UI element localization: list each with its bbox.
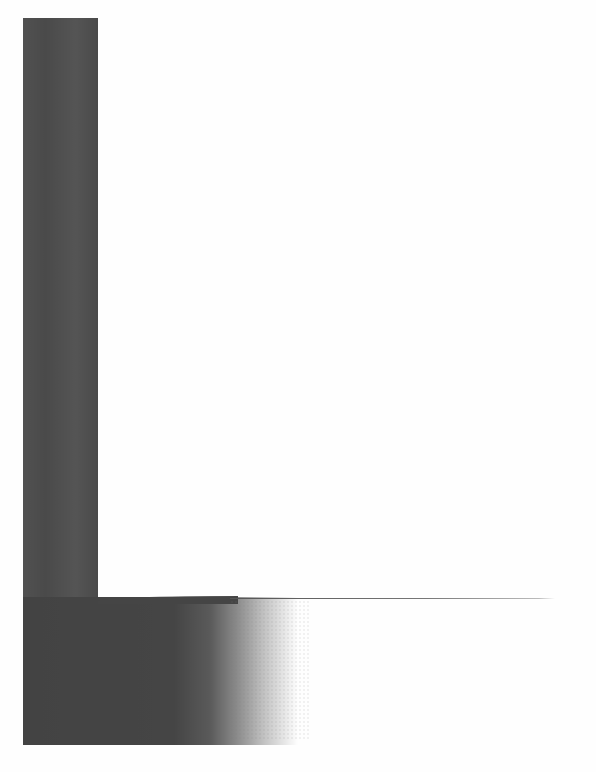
scanned-page [0, 0, 596, 772]
horizontal-rule-line [230, 598, 555, 599]
dark-vertical-band [23, 18, 98, 600]
halftone-speckle [230, 600, 310, 740]
